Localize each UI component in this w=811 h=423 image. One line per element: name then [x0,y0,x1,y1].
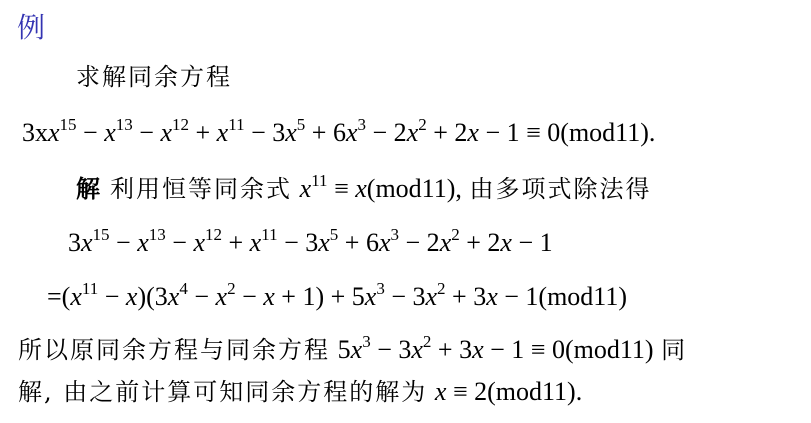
conclusion-line-1: 所以原同余方程与同余方程 5x3 − 3x2 + 3x − 1 ≡ 0(mod1… [18,333,687,367]
example-heading: 例 [17,8,45,48]
solution-line-1: 解利用恒等同余式 x11 ≡ x(mod11), 由多项式除法得 [76,172,652,206]
identity-math: x11 ≡ x(mod11), [300,174,462,203]
problem-equation: 3xx15 − x13 − x12 + x11 − 3x5 + 6x3 − 2x… [22,116,655,150]
solution-label: 解 [76,174,102,203]
final-answer: x ≡ 2(mod11). [435,377,582,406]
conclusion-line-2: 解, 由之前计算可知同余方程的解为 x ≡ 2(mod11). [18,375,582,409]
problem-intro: 求解同余方程 [76,60,232,94]
reduced-congruence: 5x3 − 3x2 + 3x − 1 ≡ 0(mod11) [338,335,654,364]
polynomial-line: 3x15 − x13 − x12 + x11 − 3x5 + 6x3 − 2x2… [68,226,553,260]
division-line: =(x11 − x)(3x4 − x2 − x + 1) + 5x3 − 3x2… [47,280,627,314]
